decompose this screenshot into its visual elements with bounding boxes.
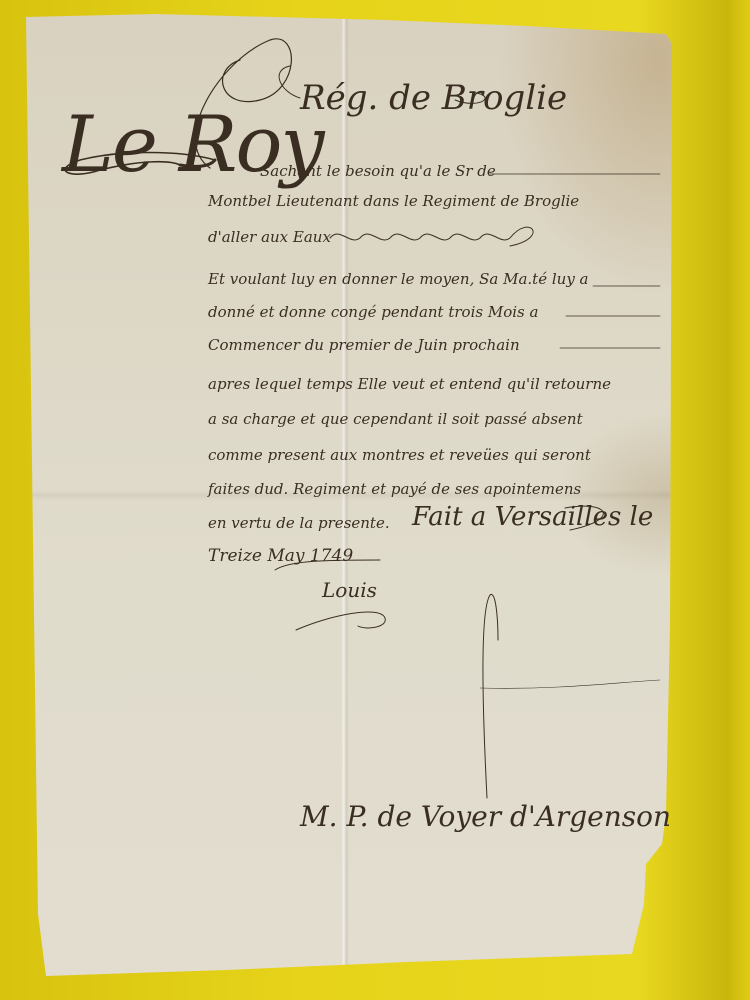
body-line: d'aller aux Eaux bbox=[208, 228, 331, 246]
body-line: Sachant le besoin qu'a le Sr de bbox=[260, 162, 496, 180]
body-line: Montbel Lieutenant dans le Regiment de B… bbox=[208, 192, 579, 210]
body-line: donné et donne congé pendant trois Mois … bbox=[208, 303, 538, 321]
king-signature: Louis bbox=[322, 578, 377, 602]
minister-signature: M. P. de Voyer d'Argenson bbox=[300, 800, 671, 833]
body-line: comme present aux montres et reveües qui… bbox=[208, 446, 591, 464]
body-line: a sa charge et que cependant il soit pas… bbox=[208, 410, 583, 428]
fait-a-versailles: Fait a Versailles le bbox=[412, 502, 653, 532]
body-line: Et voulant luy en donner le moyen, Sa Ma… bbox=[208, 270, 589, 288]
regiment-note: Rég. de Broglie bbox=[300, 78, 567, 118]
date-line: Treize May 1749 bbox=[208, 546, 353, 566]
body-line: apres lequel temps Elle veut et entend q… bbox=[208, 375, 611, 393]
body-line: Commencer du premier de Juin prochain bbox=[208, 336, 520, 354]
body-line: en vertu de la presente. bbox=[208, 514, 390, 532]
body-line: faites dud. Regiment et payé de ses apoi… bbox=[208, 480, 581, 498]
